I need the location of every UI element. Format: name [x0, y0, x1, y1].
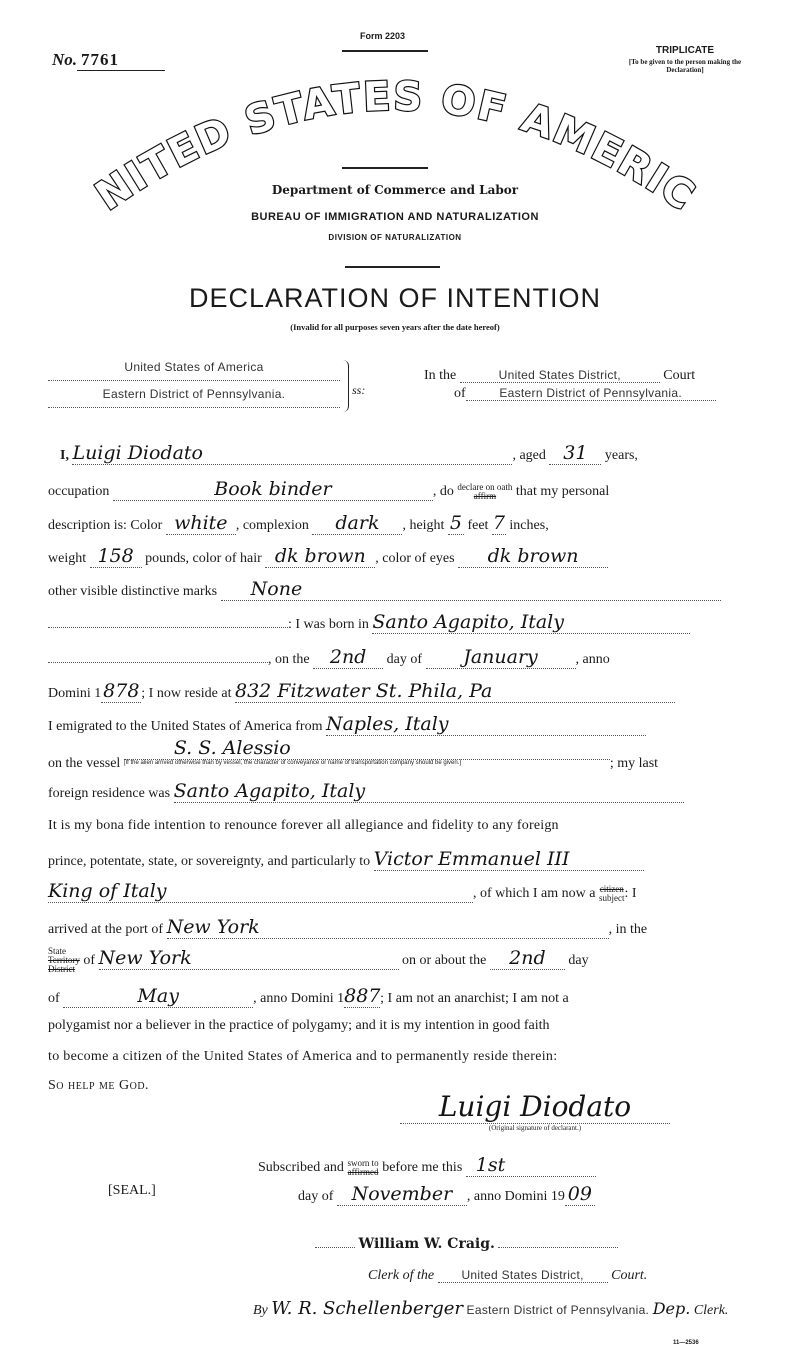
of-label: of [454, 386, 466, 401]
copy-type-label: TRIPLICATE [620, 45, 750, 56]
clerk-label: Clerk. [694, 1303, 729, 1318]
i-label: I, [60, 448, 69, 463]
declarant-age: 31 [549, 442, 601, 465]
arrival-month: May [63, 985, 253, 1008]
attestation-day: 1st [466, 1154, 596, 1177]
polygamist-line: polygamist nor a believer in the practic… [48, 1018, 550, 1034]
anarchist-text: ; I am not an anarchist; I am not a [380, 991, 569, 1006]
blank [498, 1247, 618, 1248]
hair-color: dk brown [265, 545, 375, 568]
birth-year: 878 [101, 680, 141, 703]
oath-text: So help me God. [48, 1078, 149, 1094]
district-label: District [48, 964, 75, 974]
by-label: By [253, 1303, 268, 1318]
ss-label: ss: [352, 383, 365, 398]
deputy-abbr: Dep. [653, 1299, 691, 1318]
allegiance-line: King of Italy, of which I am now a citiz… [48, 880, 637, 903]
day-of-label: day of [298, 1189, 333, 1204]
complexion-value: dark [312, 512, 402, 535]
birthplace-value: Santo Agapito, Italy [372, 611, 690, 634]
arrival-date-line: of May, anno Domini 1887; I am not an an… [48, 985, 569, 1008]
last-label: ; my last [610, 756, 658, 771]
vessel-label: on the vessel [48, 756, 120, 771]
attestation-month: November [337, 1183, 467, 1206]
deputy-name: W. R. Schellenberger [271, 1298, 463, 1319]
signature-caption: (Original signature of declarant.) [400, 1124, 670, 1132]
arrival-state: New York [99, 947, 399, 970]
venue-right: In the United States District, Court ofE… [424, 368, 736, 402]
years-label: years, [605, 448, 638, 463]
affirmed-label: affirmed [348, 1167, 379, 1177]
feet-label: feet [467, 518, 488, 533]
color-value: white [166, 512, 236, 535]
citizen-intent-line: to become a citizen of the United States… [48, 1049, 557, 1065]
clerk-court: United States District, [438, 1268, 608, 1283]
court-district: Eastern District of Pennsylvania. [466, 386, 716, 401]
weight-label: weight [48, 551, 86, 566]
declarant-name: Luigi Diodato [72, 442, 512, 465]
arrival-port: New York [167, 916, 609, 939]
page-title: DECLARATION OF INTENTION [0, 283, 790, 314]
born-label: : I was born in [288, 617, 369, 632]
inches-label: inches, [509, 518, 548, 533]
anno-label: , anno [576, 652, 610, 667]
of-label: of [83, 953, 95, 968]
divider [345, 266, 440, 268]
form-code: Form 2203 [360, 31, 405, 41]
blank [48, 662, 268, 663]
blank [48, 627, 288, 628]
declarant-signature-block: Luigi Diodato (Original signature of dec… [400, 1090, 670, 1132]
height-label: , height [402, 518, 444, 533]
of-label: of [48, 991, 60, 1006]
citizen-subject-choice: citizen subject [599, 885, 625, 903]
birthdate-line: , on the 2nd day of January, anno [48, 646, 610, 669]
vessel-field: S. S. Alessio [If the alien arrived othe… [124, 747, 610, 767]
occupation-value: Book binder [113, 478, 433, 501]
bureau: BUREAU OF IMMIGRATION AND NATURALIZATION [0, 211, 790, 223]
weight-value: 158 [90, 545, 142, 568]
marks-line: other visible distinctive marks None [48, 578, 721, 601]
in-the-label: In the [424, 368, 456, 383]
foreign-residence-line: foreign residence was Santo Agapito, Ita… [48, 780, 684, 803]
height-inches: 7 [492, 512, 506, 535]
clerk-signature-line: William W. Craig. [315, 1236, 618, 1253]
department: Department of Commerce and Labor [0, 183, 790, 197]
affirm-label: affirm [474, 491, 496, 501]
do-label: , do [433, 484, 454, 499]
foreign-residence-label: foreign residence was [48, 786, 170, 801]
prince-label: prince, potentate, state, or sovereignty… [48, 854, 370, 869]
marks-label: other visible distinctive marks [48, 584, 217, 599]
description-label: description is: Color [48, 518, 162, 533]
state-line: State Territory District of New York on … [48, 947, 589, 974]
eyes-label: , color of eyes [375, 551, 454, 566]
court-name: United States District, [460, 368, 660, 383]
declarant-signature: Luigi Diodato [400, 1090, 670, 1124]
arrival-day: 2nd [490, 947, 565, 970]
vessel-line: on the vessel S. S. Alessio [If the alie… [48, 747, 658, 772]
attestation-year: 09 [565, 1183, 595, 1206]
which-label: , of which I am now a [473, 886, 595, 901]
print-code: 11—2536 [673, 1340, 699, 1346]
sovereign-line: prince, potentate, state, or sovereignty… [48, 848, 644, 871]
emigrated-label: I emigrated to the United States of Amer… [48, 719, 322, 734]
birth-month: January [426, 646, 576, 669]
before-label: before me this [382, 1160, 462, 1175]
vessel-value: S. S. Alessio [174, 737, 291, 759]
complexion-label: , complexion [236, 518, 309, 533]
arrival-year: 887 [344, 985, 380, 1008]
description-line: description is: Color white, complexion … [48, 512, 549, 535]
occupation-line: occupation Book binder, do declare on oa… [48, 478, 609, 501]
about-label: on or about the [402, 953, 486, 968]
venue-left: United States of America Eastern Distric… [48, 360, 340, 414]
emigrated-line: I emigrated to the United States of Amer… [48, 713, 646, 736]
height-feet: 5 [448, 512, 464, 535]
subscribed-label: Subscribed and [258, 1160, 344, 1175]
residence-line: Domini 1878; I now reside at 832 Fitzwat… [48, 680, 675, 703]
division: DIVISION OF NATURALIZATION [0, 233, 790, 242]
port-line: arrived at the port of New York, in the [48, 916, 647, 939]
court-label: Court [663, 368, 695, 383]
clerk-court-line: Clerk of the United States District, Cou… [368, 1268, 647, 1284]
foreign-residence-value: Santo Agapito, Italy [174, 780, 684, 803]
divider [342, 50, 428, 52]
day-of-label: day of [387, 652, 422, 667]
birth-day: 2nd [313, 646, 383, 669]
subtitle: (Invalid for all purposes seven years af… [0, 322, 790, 332]
marks-value: None [221, 578, 721, 601]
deputy-line: By W. R. Schellenberger Eastern District… [253, 1298, 728, 1319]
birthplace-line: : I was born in Santo Agapito, Italy [48, 611, 690, 634]
divider [342, 167, 428, 169]
deputy-district: Eastern District of Pennsylvania. [467, 1303, 650, 1317]
anno-domini-label: , anno Domini 19 [467, 1189, 565, 1204]
venue-country: United States of America [48, 360, 340, 381]
weight-line: weight 158 pounds, color of hair dk brow… [48, 545, 608, 568]
eye-color: dk brown [458, 545, 608, 568]
that-label: that my personal [516, 484, 609, 499]
day-label: day [568, 953, 588, 968]
vessel-note: [If the alien arrived otherwise than by … [124, 759, 610, 766]
name-line: I, Luigi Diodato, aged 31 years, [60, 442, 638, 465]
anno-domini-label: , anno Domini 1 [253, 991, 344, 1006]
domini-label: Domini 1 [48, 686, 101, 701]
pounds-label: pounds, color of hair [145, 551, 262, 566]
sovereign-title: King of Italy [48, 880, 473, 903]
in-the-label: , in the [609, 922, 648, 937]
seal-label: [SEAL.] [108, 1183, 156, 1199]
clerk-name: William W. Craig. [359, 1236, 495, 1252]
state-territory-choice: State Territory District [48, 947, 80, 974]
occupation-label: occupation [48, 484, 109, 499]
attestation-date-line: day of November, anno Domini 1909 [298, 1183, 595, 1206]
blank [315, 1247, 355, 1248]
sworn-choice: sworn to affirmed [347, 1159, 378, 1177]
emigrated-from: Naples, Italy [326, 713, 646, 736]
colon-i: : I [624, 886, 636, 901]
residence-value: 832 Fitzwater St. Phila, Pa [235, 680, 675, 703]
court-label: Court. [611, 1268, 647, 1283]
arrived-label: arrived at the port of [48, 922, 163, 937]
renounce-line: It is my bona fide intention to renounce… [48, 818, 559, 834]
reside-label: ; I now reside at [141, 686, 231, 701]
brace [342, 360, 349, 412]
subscribed-line: Subscribed and sworn to affirmed before … [258, 1154, 596, 1177]
sovereign-value: Victor Emmanuel III [374, 848, 644, 871]
on-the-label: , on the [268, 652, 310, 667]
oath-choice: declare on oath affirm [457, 483, 512, 501]
subject-label: subject [599, 893, 625, 903]
venue-district: Eastern District of Pennsylvania. [48, 387, 340, 408]
clerk-of-label: Clerk of the [368, 1268, 434, 1283]
aged-label: , aged [512, 448, 545, 463]
